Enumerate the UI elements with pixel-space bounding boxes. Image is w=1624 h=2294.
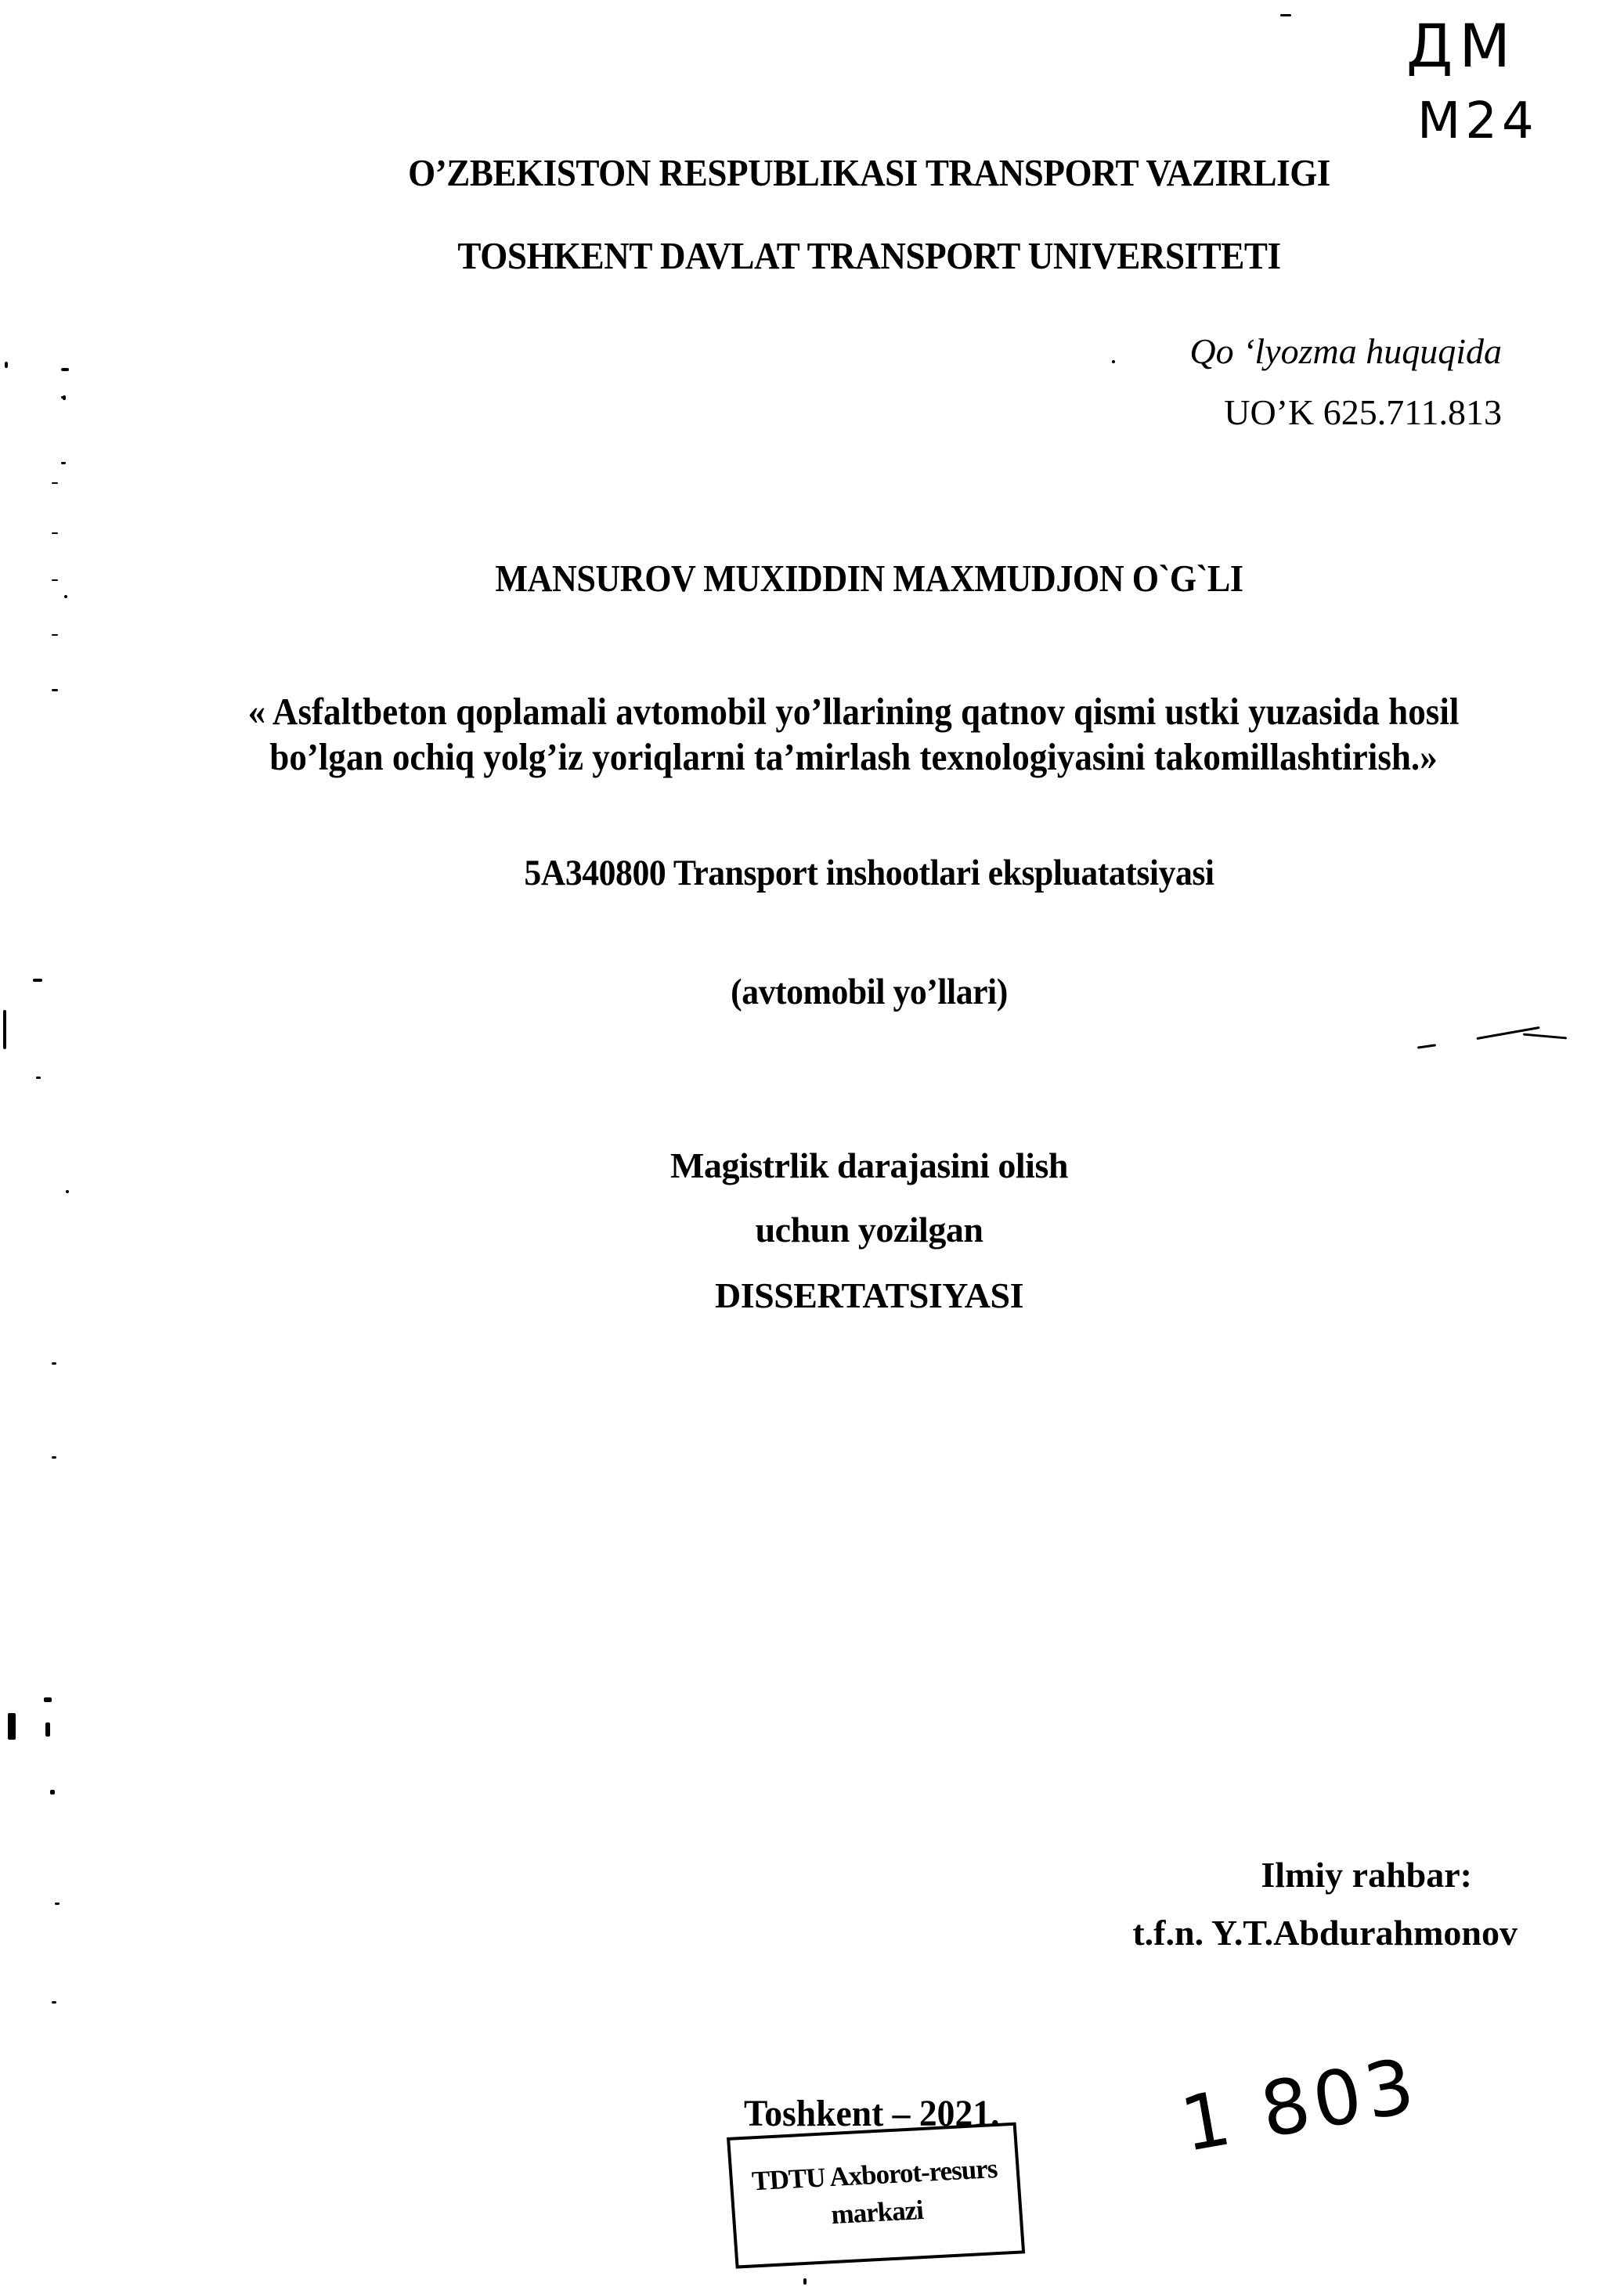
scan-speck (61, 368, 69, 371)
handwritten-shelf-code-number: M24 (1417, 92, 1539, 150)
document-type: DISSERTATSIYASI (0, 1275, 1624, 1316)
degree-line: Magistrlik darajasini olish (0, 1145, 1624, 1186)
scan-speck (52, 579, 58, 581)
university-heading: TOSHKENT DAVLAT TRANSPORT UNIVERSITETI (70, 233, 1624, 278)
manuscript-rights-note: Qo ‘lyozma huquqida (1189, 330, 1502, 372)
advisor-name: t.f.n. Y.T.Abdurahmonov (1132, 1912, 1518, 1953)
scan-speck (52, 1456, 56, 1459)
scan-speck (5, 362, 8, 368)
scan-speck (64, 595, 67, 598)
library-stamp: TDTU Axborot-resurs markazi (727, 2123, 1025, 2269)
scan-speck (55, 1903, 60, 1905)
scan-speck (52, 689, 58, 691)
subspecialty: (avtomobil yo’llari) (61, 971, 1624, 1013)
scan-speck (36, 1077, 41, 1079)
scan-speck (1523, 1033, 1567, 1040)
document-page: ДМ M24 O’ZBEKISTON RESPUBLIKASI TRANSPOR… (0, 0, 1624, 2294)
degree-line: uchun yozilgan (0, 1209, 1624, 1250)
scan-speck (33, 979, 42, 982)
scan-speck (1417, 1044, 1436, 1048)
advisor-label: Ilmiy rahbar: (1261, 1854, 1472, 1895)
scan-speck (52, 634, 58, 636)
scan-speck (45, 1722, 50, 1737)
dissertation-topic: « Asfaltbeton qoplamali avtomobil yo’lla… (227, 689, 1481, 780)
scan-speck (44, 1697, 52, 1702)
handwritten-inventory-number: 1 803 (1175, 2041, 1425, 2169)
scan-speck (52, 532, 58, 534)
udk-code: UO’K 625.711.813 (1224, 391, 1502, 433)
scan-speck (1112, 360, 1115, 363)
topic-line: bo’lgan ochiq yolg’iz yoriqlarni ta’mirl… (227, 734, 1481, 780)
ministry-heading: O’ZBEKISTON RESPUBLIKASI TRANSPORT VAZIR… (70, 150, 1624, 195)
scan-speck (61, 396, 66, 399)
scan-speck (52, 482, 58, 484)
scan-speck (3, 1010, 6, 1049)
scan-speck (66, 1190, 69, 1193)
handwritten-shelf-code: ДМ (1406, 11, 1517, 81)
scan-speck (52, 2001, 56, 2004)
author-name: MANSUROV MUXIDDIN MAXMUDJON O`G`LI (87, 556, 1624, 601)
scan-speck (61, 462, 66, 464)
specialty-code: 5A340800 Transport inshootlari ekspluata… (61, 852, 1624, 894)
scan-speck (803, 2278, 807, 2285)
scan-speck (50, 1790, 55, 1794)
scan-speck (52, 1362, 56, 1365)
scan-speck (1280, 14, 1291, 16)
scan-speck (8, 1713, 16, 1740)
topic-line: « Asfaltbeton qoplamali avtomobil yo’lla… (227, 689, 1481, 734)
